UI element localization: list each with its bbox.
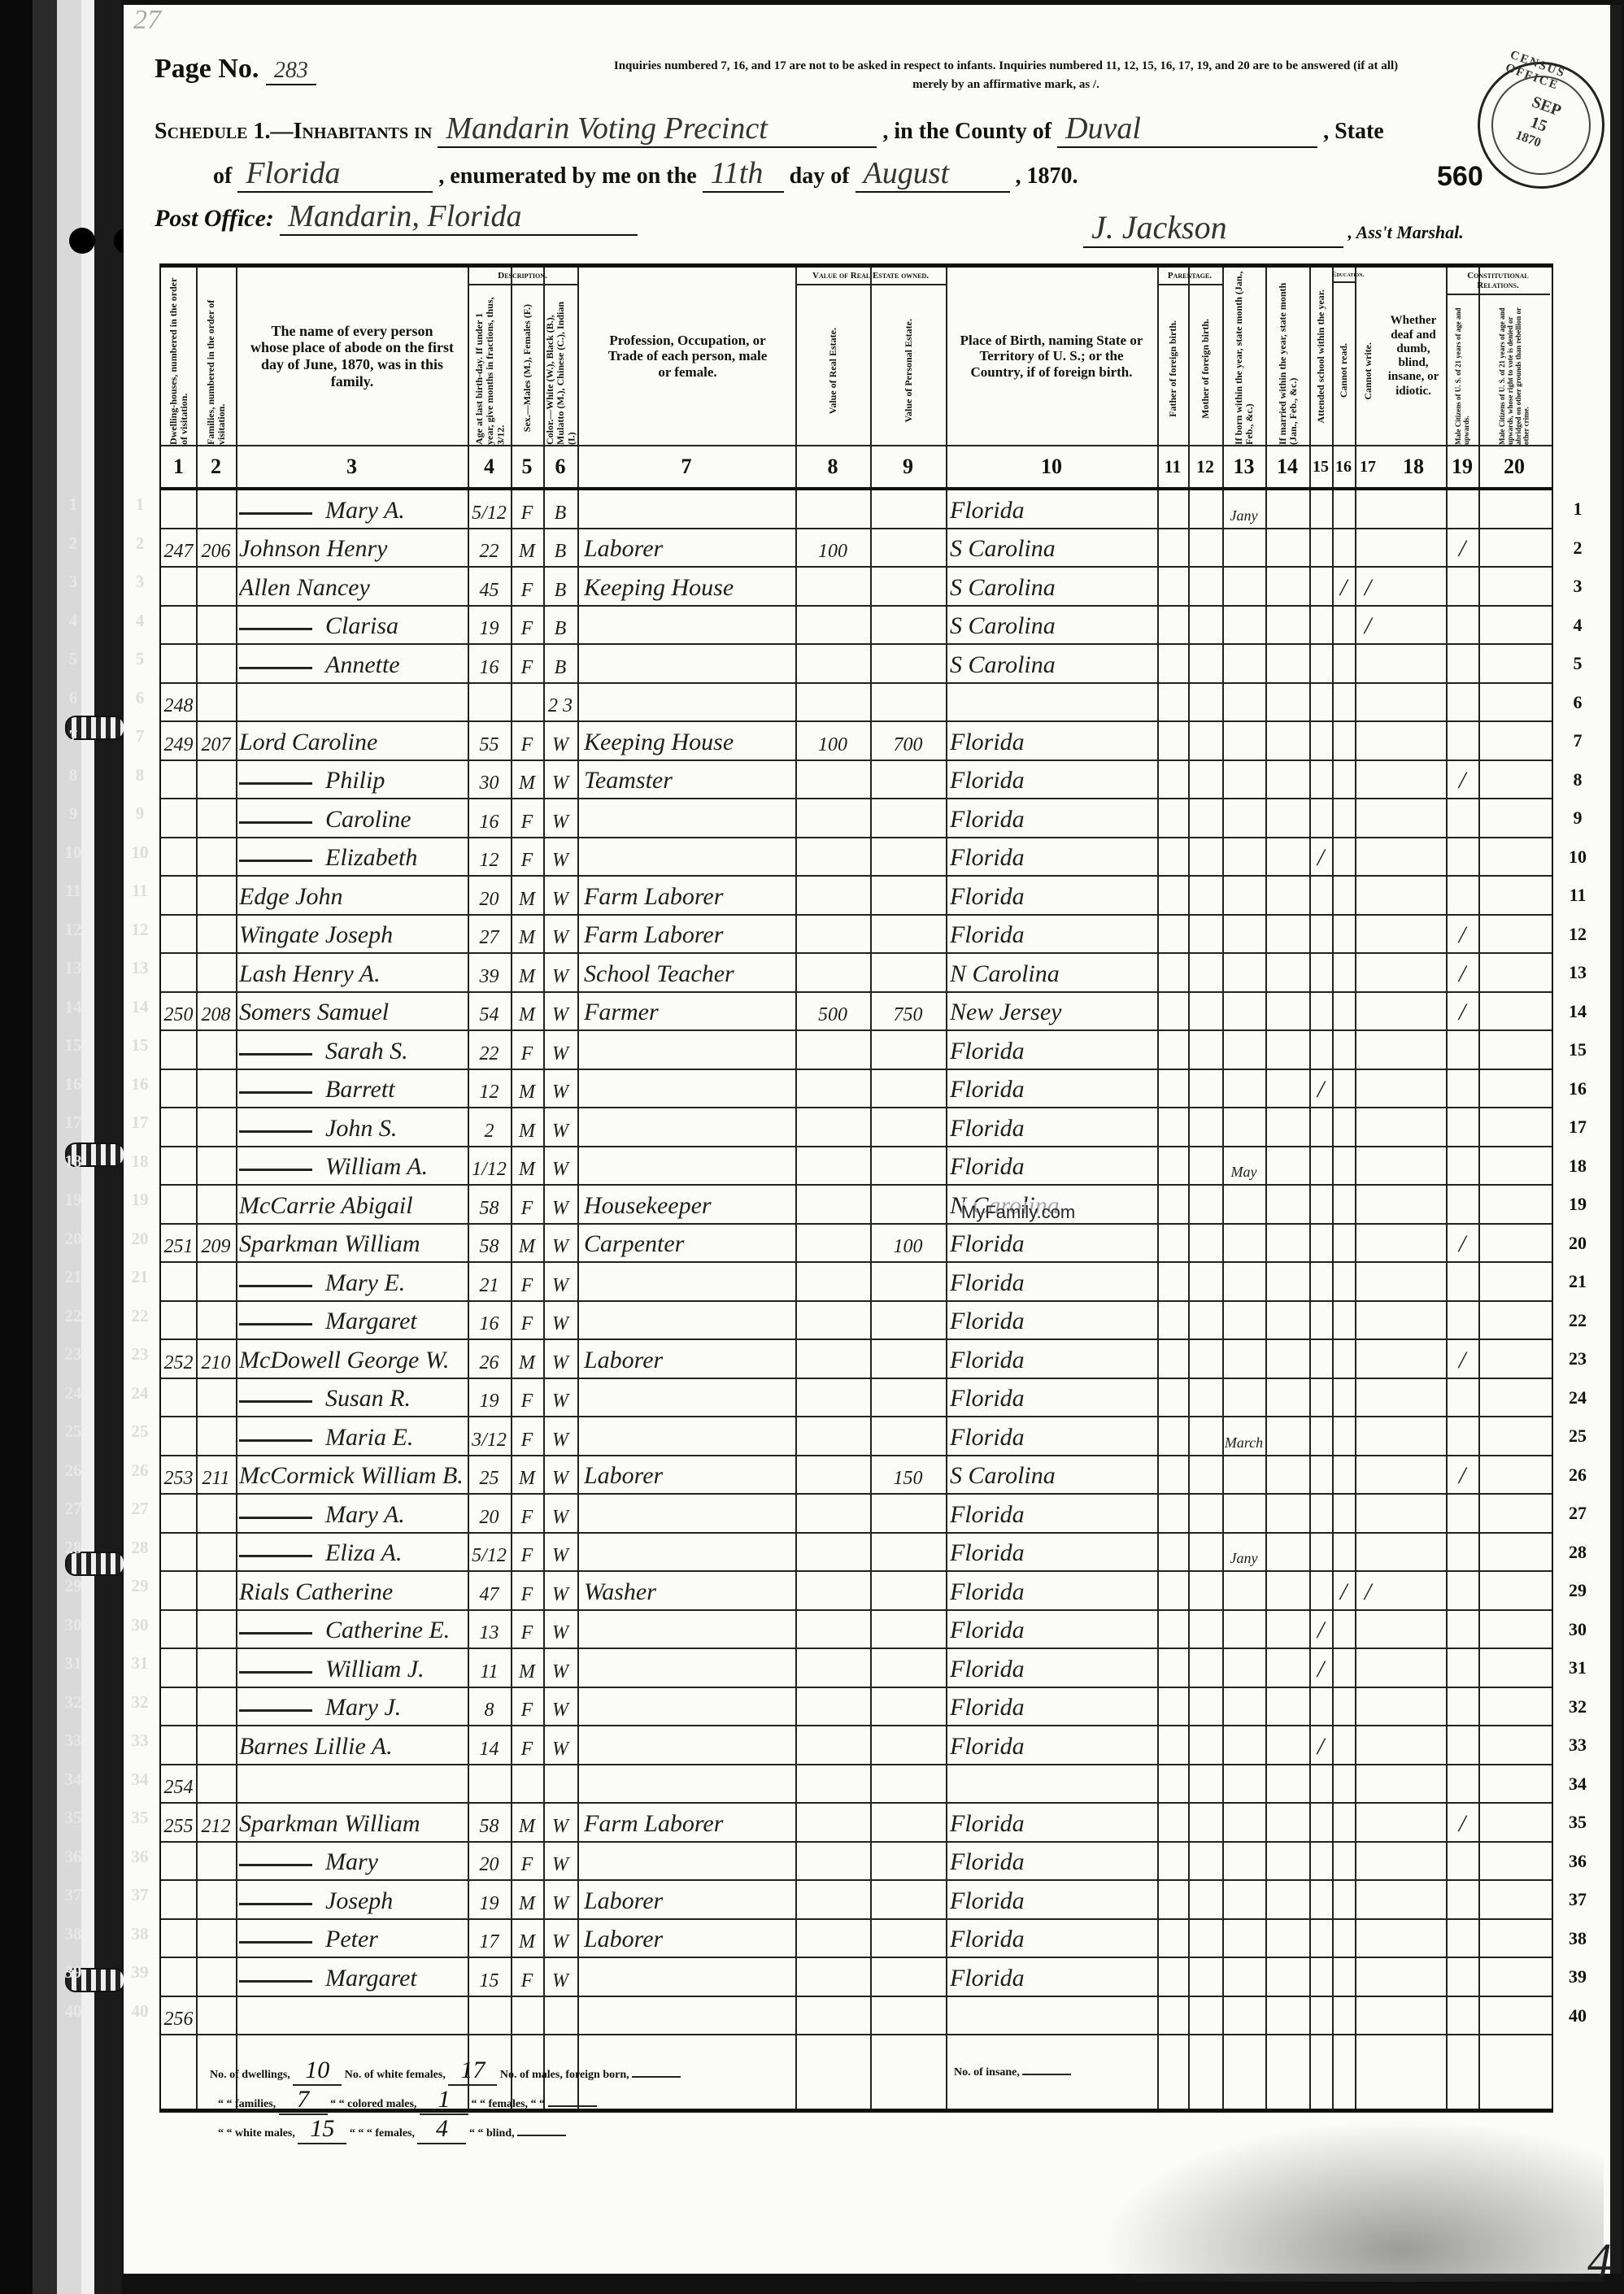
margin-line-number: 27 [57,1499,89,1519]
line-number: 36 [1561,1851,1594,1872]
cell-cannot-read [1332,643,1355,682]
cell-cannot-write [1355,875,1381,914]
cell-personal-estate [870,1532,946,1571]
cell-occupation: Farmer [584,991,795,1030]
margin-line-number: 14 [57,997,89,1017]
cell-citizen [1446,566,1478,605]
cell-occupation [584,643,795,682]
cell-school [1309,1918,1332,1957]
col-header-mother-foreign: Mother of foreign birth. [1190,292,1222,445]
cell-occupation [584,605,795,644]
cell-name: Maria E. [239,1416,468,1455]
line-number: 11 [1561,885,1594,906]
margin-line-number: 23 [57,1344,89,1365]
table-row: McCarrie Abigail58FWHousekeeperN Carolin… [161,1184,1552,1225]
cell-real-estate [795,837,870,876]
cell-citizen [1446,489,1478,528]
col-num: 5 [511,446,543,487]
page-totals: No. of dwellings, 10 No. of white female… [161,2052,1552,2109]
cell-family [196,1146,236,1185]
cell-sex: M [511,1648,543,1687]
cell-citizen [1446,1570,1478,1609]
line-number: 38 [1561,1928,1594,1949]
cell-occupation [584,1996,795,2035]
cell-personal-estate [870,1107,946,1146]
cell-color: W [543,1648,577,1687]
cell-sex: F [511,605,543,644]
cell-personal-estate [870,1879,946,1918]
cell-cannot-read [1332,1532,1355,1571]
cell-real-estate [795,1802,870,1841]
cell-age: 8 [468,1687,511,1726]
cell-school [1309,952,1332,991]
cell-occupation [584,798,795,837]
cell-personal-estate [870,952,946,991]
margin-line-number: 18 [57,1151,89,1172]
line-number: 13 [1561,962,1594,983]
cell-citizen: / [1446,991,1478,1030]
cell-dwelling [161,837,196,876]
line-number: 20 [1561,1233,1594,1254]
cell-real-estate [795,643,870,682]
cell-dwelling [161,1261,196,1300]
cell-age: 58 [468,1802,511,1841]
cell-age: 19 [468,1879,511,1918]
line-number: 21 [1561,1271,1594,1292]
cell-personal-estate [870,875,946,914]
cell-name: Somers Samuel [239,991,468,1030]
cell-occupation [584,1725,795,1764]
cell-citizen [1446,643,1478,682]
cell-cannot-write [1355,1725,1381,1764]
cell-sex: M [511,991,543,1030]
cell-school [1309,643,1332,682]
cell-dwelling [161,1493,196,1532]
cell-real-estate [795,1493,870,1532]
cell-personal-estate [870,1609,946,1648]
group-header-parentage: Parentage. [1157,271,1222,285]
cell-color: W [543,914,577,953]
margin-line-number: 13 [57,958,89,978]
line-number: 40 [1561,2005,1594,2026]
colored-females-label: “ “ “ females, [350,2127,415,2139]
cell-birthplace: Florida [950,1223,1157,1262]
col-num: 18 [1381,446,1446,487]
cell-dwelling [161,1648,196,1687]
line-number: 19 [1561,1194,1594,1215]
cell-occupation: Farm Laborer [584,914,795,953]
margin-line-number: 19 [57,1190,89,1210]
cell-personal-estate [870,1841,946,1880]
cell-name: Lord Caroline [239,720,468,760]
cell-school [1309,798,1332,837]
cell-born-month [1222,991,1265,1030]
cell-real-estate [795,760,870,799]
cell-sex: F [511,1261,543,1300]
cell-occupation [584,489,795,528]
cell-dwelling [161,1300,196,1339]
cell-cannot-read [1332,1725,1355,1764]
cell-personal-estate: 700 [870,720,946,760]
cell-real-estate [795,1687,870,1726]
col-header-birthplace: Place of Birth, naming State or Territor… [954,268,1149,445]
line-number: 8 [1561,769,1594,790]
table-row: Peter17MWLaborerFlorida38 [161,1918,1552,1959]
cell-cannot-read [1332,1879,1355,1918]
cell-cannot-read [1332,1339,1355,1378]
cell-birthplace: Florida [950,720,1157,760]
cell-cannot-write [1355,991,1381,1030]
page-no-label: Page No. [155,54,259,84]
cell-birthplace: S Carolina [950,605,1157,644]
day-field: 11th [703,155,784,193]
cell-personal-estate [870,1648,946,1687]
cell-born-month [1222,682,1265,721]
state-label: , State [1323,119,1384,144]
group-header-real-estate: Value of Real Estate owned. [795,271,946,285]
cell-family [196,1957,236,1996]
cell-cannot-read [1332,798,1355,837]
margin-line-number: 35 [124,1808,156,1828]
marshal-label: , Ass't Marshal. [1348,222,1464,242]
margin-line-number: 15 [57,1035,89,1056]
cell-born-month [1222,760,1265,799]
cell-school [1309,720,1332,760]
cell-born-month: May [1222,1146,1265,1185]
cell-cannot-read [1332,1069,1355,1108]
cell-citizen [1446,1841,1478,1880]
cell-dwelling [161,952,196,991]
line-number: 39 [1561,1966,1594,1987]
cell-cannot-write [1355,1609,1381,1648]
line-number: 35 [1561,1812,1594,1833]
county-field: Duval [1057,111,1317,148]
cell-occupation: Farm Laborer [584,1802,795,1841]
state-field: Florida [237,155,433,193]
cell-school [1309,566,1332,605]
col-header-married-month: If married within the year, state month … [1267,268,1309,445]
cell-name: Lash Henry A. [239,952,468,991]
cell-real-estate [795,1725,870,1764]
cell-citizen: / [1446,1223,1478,1262]
cell-name: Mary A. [239,1493,468,1532]
col-num: 4 [468,446,511,487]
cell-cannot-read [1332,1687,1355,1726]
cell-family [196,1261,236,1300]
cell-family [196,605,236,644]
cell-age: 20 [468,875,511,914]
cell-dwelling [161,605,196,644]
colored-females-count: 4 [417,2115,466,2144]
white-males-label: “ “ white males, [218,2127,295,2139]
cell-cannot-write: / [1355,605,1381,644]
cell-sex: F [511,837,543,876]
cell-color [543,1996,577,2035]
cell-family [196,1493,236,1532]
cell-family: 210 [196,1339,236,1378]
cell-cannot-write [1355,1416,1381,1455]
cell-personal-estate [870,1029,946,1069]
col-header-vote-denied: Male Citizens of U. S. of 21 years of ag… [1480,294,1550,445]
margin-line-number: 33 [124,1730,156,1751]
cell-dwelling [161,760,196,799]
col-num: 2 [196,446,236,487]
schedule-label: Schedule 1.—Inhabitants in [155,119,432,144]
cell-citizen [1446,605,1478,644]
cell-age: 39 [468,952,511,991]
cell-age: 22 [468,528,511,567]
cell-personal-estate [870,1493,946,1532]
cell-dwelling [161,1029,196,1069]
cell-sex: F [511,798,543,837]
margin-line-number: 21 [124,1267,156,1287]
cell-cannot-write [1355,1879,1381,1918]
cell-dwelling [161,1918,196,1957]
cell-school [1309,1107,1332,1146]
watermark: MyFamily.com [961,1202,1075,1223]
cell-family [196,1879,236,1918]
line-number: 26 [1561,1465,1594,1486]
cell-age: 15 [468,1957,511,1996]
cell-citizen: / [1446,760,1478,799]
cell-cannot-write [1355,682,1381,721]
cell-personal-estate [870,1378,946,1417]
cell-school [1309,1570,1332,1609]
col-header-father-foreign: Father of foreign birth. [1159,292,1188,445]
cell-citizen [1446,1918,1478,1957]
cell-dwelling [161,1532,196,1571]
cell-color: B [543,489,577,528]
cell-cannot-read [1332,1261,1355,1300]
cell-cannot-write [1355,914,1381,953]
cell-birthplace: Florida [950,489,1157,528]
cell-cannot-write [1355,1648,1381,1687]
cell-birthplace [950,1996,1157,2035]
cell-sex: M [511,875,543,914]
white-females-label: No. of white females, [345,2069,446,2081]
col-num: 9 [870,446,946,487]
cell-dwelling [161,1570,196,1609]
cell-sex: M [511,1107,543,1146]
cell-sex: M [511,1802,543,1841]
cell-family [196,1184,236,1223]
cell-age: 11 [468,1648,511,1687]
cell-school [1309,1879,1332,1918]
cell-birthplace: Florida [950,1029,1157,1069]
cell-color [543,1764,577,1803]
cell-name: Edge John [239,875,468,914]
cell-occupation: Teamster [584,760,795,799]
cell-born-month [1222,1609,1265,1648]
cell-born-month [1222,1069,1265,1108]
cell-birthplace: Florida [950,1570,1157,1609]
white-females-count: 17 [448,2057,497,2086]
col-num: 6 [543,446,577,487]
cell-occupation: Laborer [584,1918,795,1957]
cell-personal-estate [870,1184,946,1223]
cell-born-month [1222,1223,1265,1262]
cell-personal-estate [870,1957,946,1996]
cell-born-month [1222,1300,1265,1339]
footer-mark: 4 [1587,2233,1612,2289]
cell-family [196,1107,236,1146]
cell-school [1309,605,1332,644]
cell-personal-estate [870,605,946,644]
cell-sex: F [511,1841,543,1880]
cell-birthplace [950,1764,1157,1803]
cell-name: Peter [239,1918,468,1957]
cell-color: W [543,952,577,991]
cell-cannot-write [1355,1029,1381,1069]
cell-real-estate [795,1107,870,1146]
cell-age: 20 [468,1493,511,1532]
cell-dwelling: 254 [161,1764,196,1803]
cell-school [1309,489,1332,528]
cell-sex: F [511,1378,543,1417]
cell-color: W [543,1609,577,1648]
line-number: 27 [1561,1503,1594,1524]
col-header-name: The name of every person whose place of … [250,268,454,445]
cell-dwelling: 252 [161,1339,196,1378]
table-row: 253211McCormick William B.25MWLaborer150… [161,1455,1552,1495]
table-row: 250208Somers Samuel54MWFarmer500750New J… [161,991,1552,1032]
cell-cannot-write [1355,798,1381,837]
table-row: Annette16FBS Carolina5 [161,643,1552,684]
cell-occupation: Farm Laborer [584,875,795,914]
cell-cannot-read: / [1332,1570,1355,1609]
line-number: 34 [1561,1774,1594,1795]
col-num: 19 [1446,446,1478,487]
cell-color: W [543,1223,577,1262]
families-count: 7 [279,2086,328,2115]
families-label: “ “ families, [218,2098,276,2110]
cell-cannot-read [1332,682,1355,721]
cell-color: W [543,798,577,837]
table-row: 251209Sparkman William58MWCarpenter100Fl… [161,1223,1552,1264]
col-num: 13 [1222,446,1265,487]
col-num: 3 [236,446,468,487]
cell-color: W [543,1069,577,1108]
cell-real-estate [795,605,870,644]
margin-line-number: 5 [57,649,89,669]
cell-name: Barnes Lillie A. [239,1725,468,1764]
cell-occupation [584,1493,795,1532]
cell-personal-estate [870,1146,946,1185]
cell-sex: M [511,1146,543,1185]
cell-dwelling: 253 [161,1455,196,1494]
marshal-signature: J. Jackson [1083,208,1343,248]
cell-birthplace: Florida [950,1918,1157,1957]
cell-sex: M [511,528,543,567]
cell-citizen: / [1446,914,1478,953]
line-number: 31 [1561,1657,1594,1678]
cell-school [1309,1300,1332,1339]
cell-cannot-read [1332,1841,1355,1880]
cell-citizen [1446,1532,1478,1571]
cell-name: Annette [239,643,468,682]
cell-school [1309,991,1332,1030]
margin-line-number: 26 [124,1460,156,1481]
cell-age: 27 [468,914,511,953]
cell-cannot-write [1355,1261,1381,1300]
cell-personal-estate [870,528,946,567]
margin-line-number: 6 [124,688,156,708]
cell-birthplace: Florida [950,875,1157,914]
cell-occupation: Housekeeper [584,1184,795,1223]
cell-cannot-read [1332,1802,1355,1841]
inhabitants-in-field: Mandarin Voting Precinct [438,111,877,148]
cell-color: B [543,605,577,644]
cell-name: McCormick William B. [239,1455,468,1494]
margin-line-number: 9 [124,803,156,824]
cell-born-month [1222,1261,1265,1300]
cell-citizen [1446,875,1478,914]
cell-age: 22 [468,1029,511,1069]
cell-name: Sparkman William [239,1223,468,1262]
cell-school [1309,1957,1332,1996]
cell-sex: M [511,1223,543,1262]
cell-occupation [584,1146,795,1185]
cell-dwelling [161,643,196,682]
cell-cannot-read [1332,875,1355,914]
cell-family [196,1570,236,1609]
corner-note: 27 [133,5,161,36]
table-row: Eliza A.5/12FWFloridaJany28 [161,1532,1552,1573]
cell-color: W [543,760,577,799]
cell-cannot-read [1332,1493,1355,1532]
cell-cannot-read [1332,991,1355,1030]
cell-color: B [543,643,577,682]
cell-name: Catherine E. [239,1609,468,1648]
line-number: 22 [1561,1310,1594,1331]
page-number-line: Page No. 283 [155,54,316,85]
cell-cannot-write [1355,1996,1381,2035]
census-page: 27 Page No. 283 Inquiries numbered 7, 16… [124,5,1622,2274]
cell-family [196,1300,236,1339]
margin-line-number: 24 [124,1383,156,1404]
cell-family [196,1378,236,1417]
cell-birthplace: Florida [950,914,1157,953]
cell-personal-estate: 750 [870,991,946,1030]
cell-name [239,682,468,721]
cell-born-month [1222,837,1265,876]
margin-line-number: 31 [57,1653,89,1674]
table-row: Mary A.20FWFlorida27 [161,1493,1552,1534]
cell-real-estate [795,1184,870,1223]
cell-sex: F [511,643,543,682]
cell-citizen [1446,798,1478,837]
col-header-occupation: Profession, Occupation, or Trade of each… [600,268,775,445]
table-row: Rials Catherine47FWWasherFlorida//29 [161,1570,1552,1611]
cell-born-month [1222,1918,1265,1957]
cell-sex: M [511,1339,543,1378]
col-num: 1 [161,446,196,487]
post-office-label: Post Office: [155,205,274,232]
cell-name: Susan R. [239,1378,468,1417]
cell-color: W [543,1687,577,1726]
cell-age: 25 [468,1455,511,1494]
cell-name: Eliza A. [239,1532,468,1571]
col-num: 16 [1332,446,1355,487]
cell-personal-estate [870,489,946,528]
cell-family [196,1996,236,2035]
col-header-cannot-write: Cannot write. [1356,297,1381,445]
col-num: 20 [1478,446,1550,487]
cell-occupation: Carpenter [584,1223,795,1262]
cell-real-estate [795,1029,870,1069]
cell-cannot-read [1332,720,1355,760]
cell-family: 208 [196,991,236,1030]
